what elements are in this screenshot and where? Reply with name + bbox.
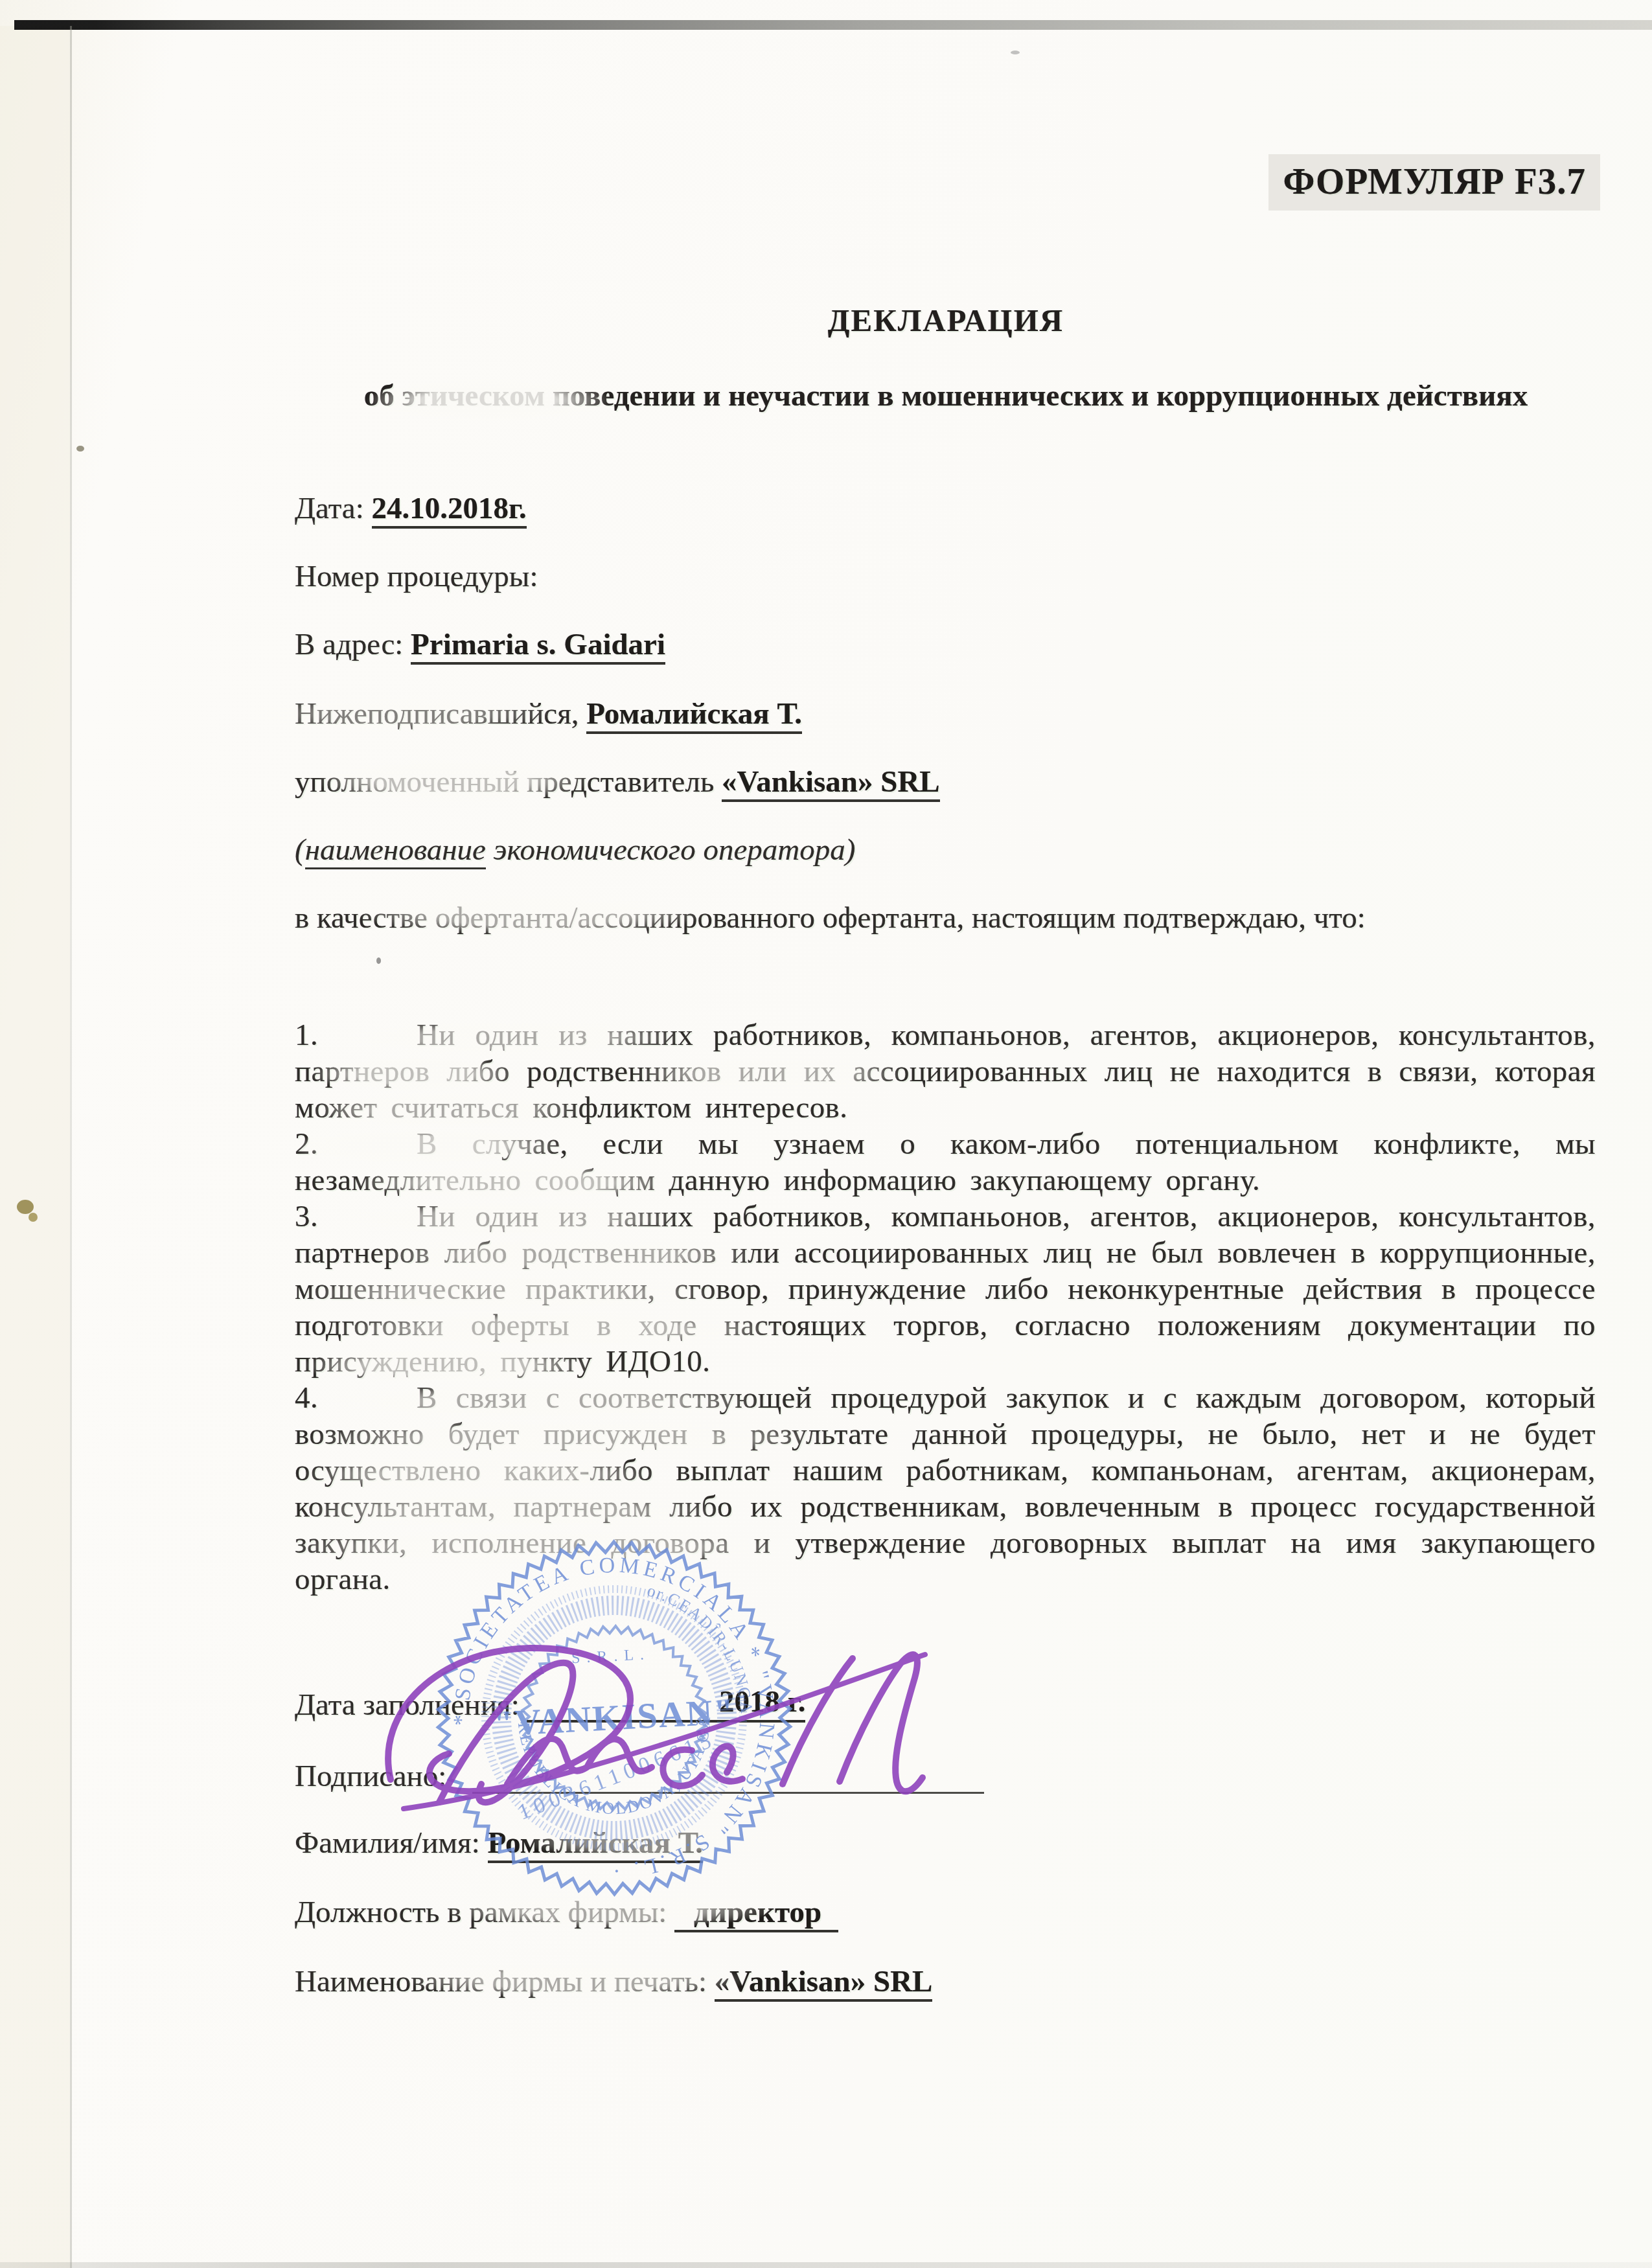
item-text: Ни один из наших работников, компаньонов…	[295, 1200, 1596, 1379]
item-text: В случае, если мы узнаем о каком-либо по…	[295, 1127, 1596, 1197]
field-company-value: «Vankisan» SRL	[715, 1965, 933, 2002]
field-undersigned-value: Ромалийская Т.	[586, 697, 802, 734]
field-representative-label: уполномоченный представитель	[295, 765, 714, 799]
field-date-label: Дата:	[295, 492, 364, 525]
operator-note-word: наименование	[305, 833, 486, 869]
field-company-label: Наименование фирмы и печать:	[295, 1965, 707, 1999]
field-date-value: 24.10.2018г.	[372, 492, 527, 529]
signature-icon	[342, 1614, 945, 1838]
declaration-item-1: 1.Ни один из наших работников, компаньон…	[295, 1017, 1596, 1126]
field-procedure-number: Номер процедуры:	[295, 559, 1597, 594]
doc-subtitle: об этическом поведении и неучастии в мош…	[246, 378, 1646, 413]
item-number: 3.	[295, 1198, 417, 1235]
field-representative-value: «Vankisan» SRL	[722, 765, 940, 802]
declaration-item-2: 2.В случае, если мы узнаем о каком-либо …	[295, 1126, 1596, 1198]
operator-note: (наименование экономического оператора)	[295, 832, 1597, 867]
field-representative: уполномоченный представитель «Vankisan» …	[295, 764, 1597, 799]
field-company: Наименование фирмы и печать: «Vankisan» …	[295, 1964, 1597, 1999]
handwritten-signature	[342, 1614, 945, 1838]
field-procedure-number-label: Номер процедуры:	[295, 560, 538, 593]
operator-note-paren: (	[295, 833, 305, 867]
item-number: 1.	[295, 1017, 417, 1053]
capacity-line: в качестве офертанта/ассоциированного оф…	[295, 900, 1597, 935]
item-number: 4.	[295, 1380, 417, 1416]
field-undersigned: Нижеподписавшийся, Ромалийская Т.	[295, 696, 1597, 731]
document-body: ФОРМУЛЯР F3.7 ДЕКЛАРАЦИЯ об этическом по…	[0, 0, 1652, 2268]
form-code: ФОРМУЛЯР F3.7	[1268, 154, 1600, 211]
item-text: Ни один из наших работников, компаньонов…	[295, 1018, 1596, 1125]
field-address-label: В адрес:	[295, 628, 403, 661]
operator-note-rest: экономического оператора)	[486, 833, 855, 867]
declaration-list: 1.Ни один из наших работников, компаньон…	[295, 1017, 1596, 1598]
doc-title: ДЕКЛАРАЦИЯ	[295, 302, 1597, 339]
field-undersigned-label: Нижеподписавшийся,	[295, 697, 579, 731]
item-number: 2.	[295, 1126, 417, 1162]
field-address-value: Primaria s. Gaidari	[411, 628, 665, 665]
field-date: Дата: 24.10.2018г.	[295, 491, 1597, 526]
declaration-item-3: 3.Ни один из наших работников, компаньон…	[295, 1198, 1596, 1380]
field-address: В адрес: Primaria s. Gaidari	[295, 627, 1597, 662]
scanned-declaration-page: ФОРМУЛЯР F3.7 ДЕКЛАРАЦИЯ об этическом по…	[0, 0, 1652, 2268]
